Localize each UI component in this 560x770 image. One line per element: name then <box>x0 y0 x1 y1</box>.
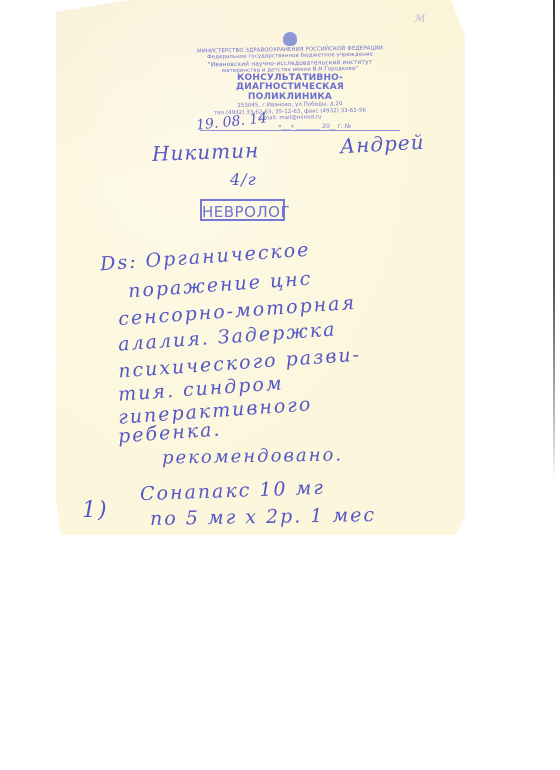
recommendations-title: рекомендовано. <box>162 444 343 468</box>
patient-group: 4/г <box>230 170 257 189</box>
scanner-edge-line <box>553 0 555 480</box>
clinic-header-stamp: МИНИСТЕРСТВО ЗДРАВООХРАНЕНИЯ РОССИЙСКОЙ … <box>190 32 390 121</box>
russian-coat-of-arms-icon <box>283 32 297 46</box>
date-row: «___» ________ 20__ г. № 19. 08. 14 <box>196 116 406 134</box>
patient-last-name: Андрей <box>339 130 425 158</box>
neurologist-stamp: НЕВРОЛОГ <box>200 199 285 221</box>
date-template: «___» ________ 20__ г. № <box>278 123 351 130</box>
patient-first-name: Никитин <box>152 138 260 166</box>
corner-mark: м <box>414 10 430 26</box>
recommendation-line: по 5 мг х 2р. 1 мес <box>150 504 376 530</box>
stamp-title: КОНСУЛЬТАТИВНО-ДИАГНОСТИЧЕСКАЯ <box>190 74 390 92</box>
recommendation-number: 1) <box>82 498 109 523</box>
